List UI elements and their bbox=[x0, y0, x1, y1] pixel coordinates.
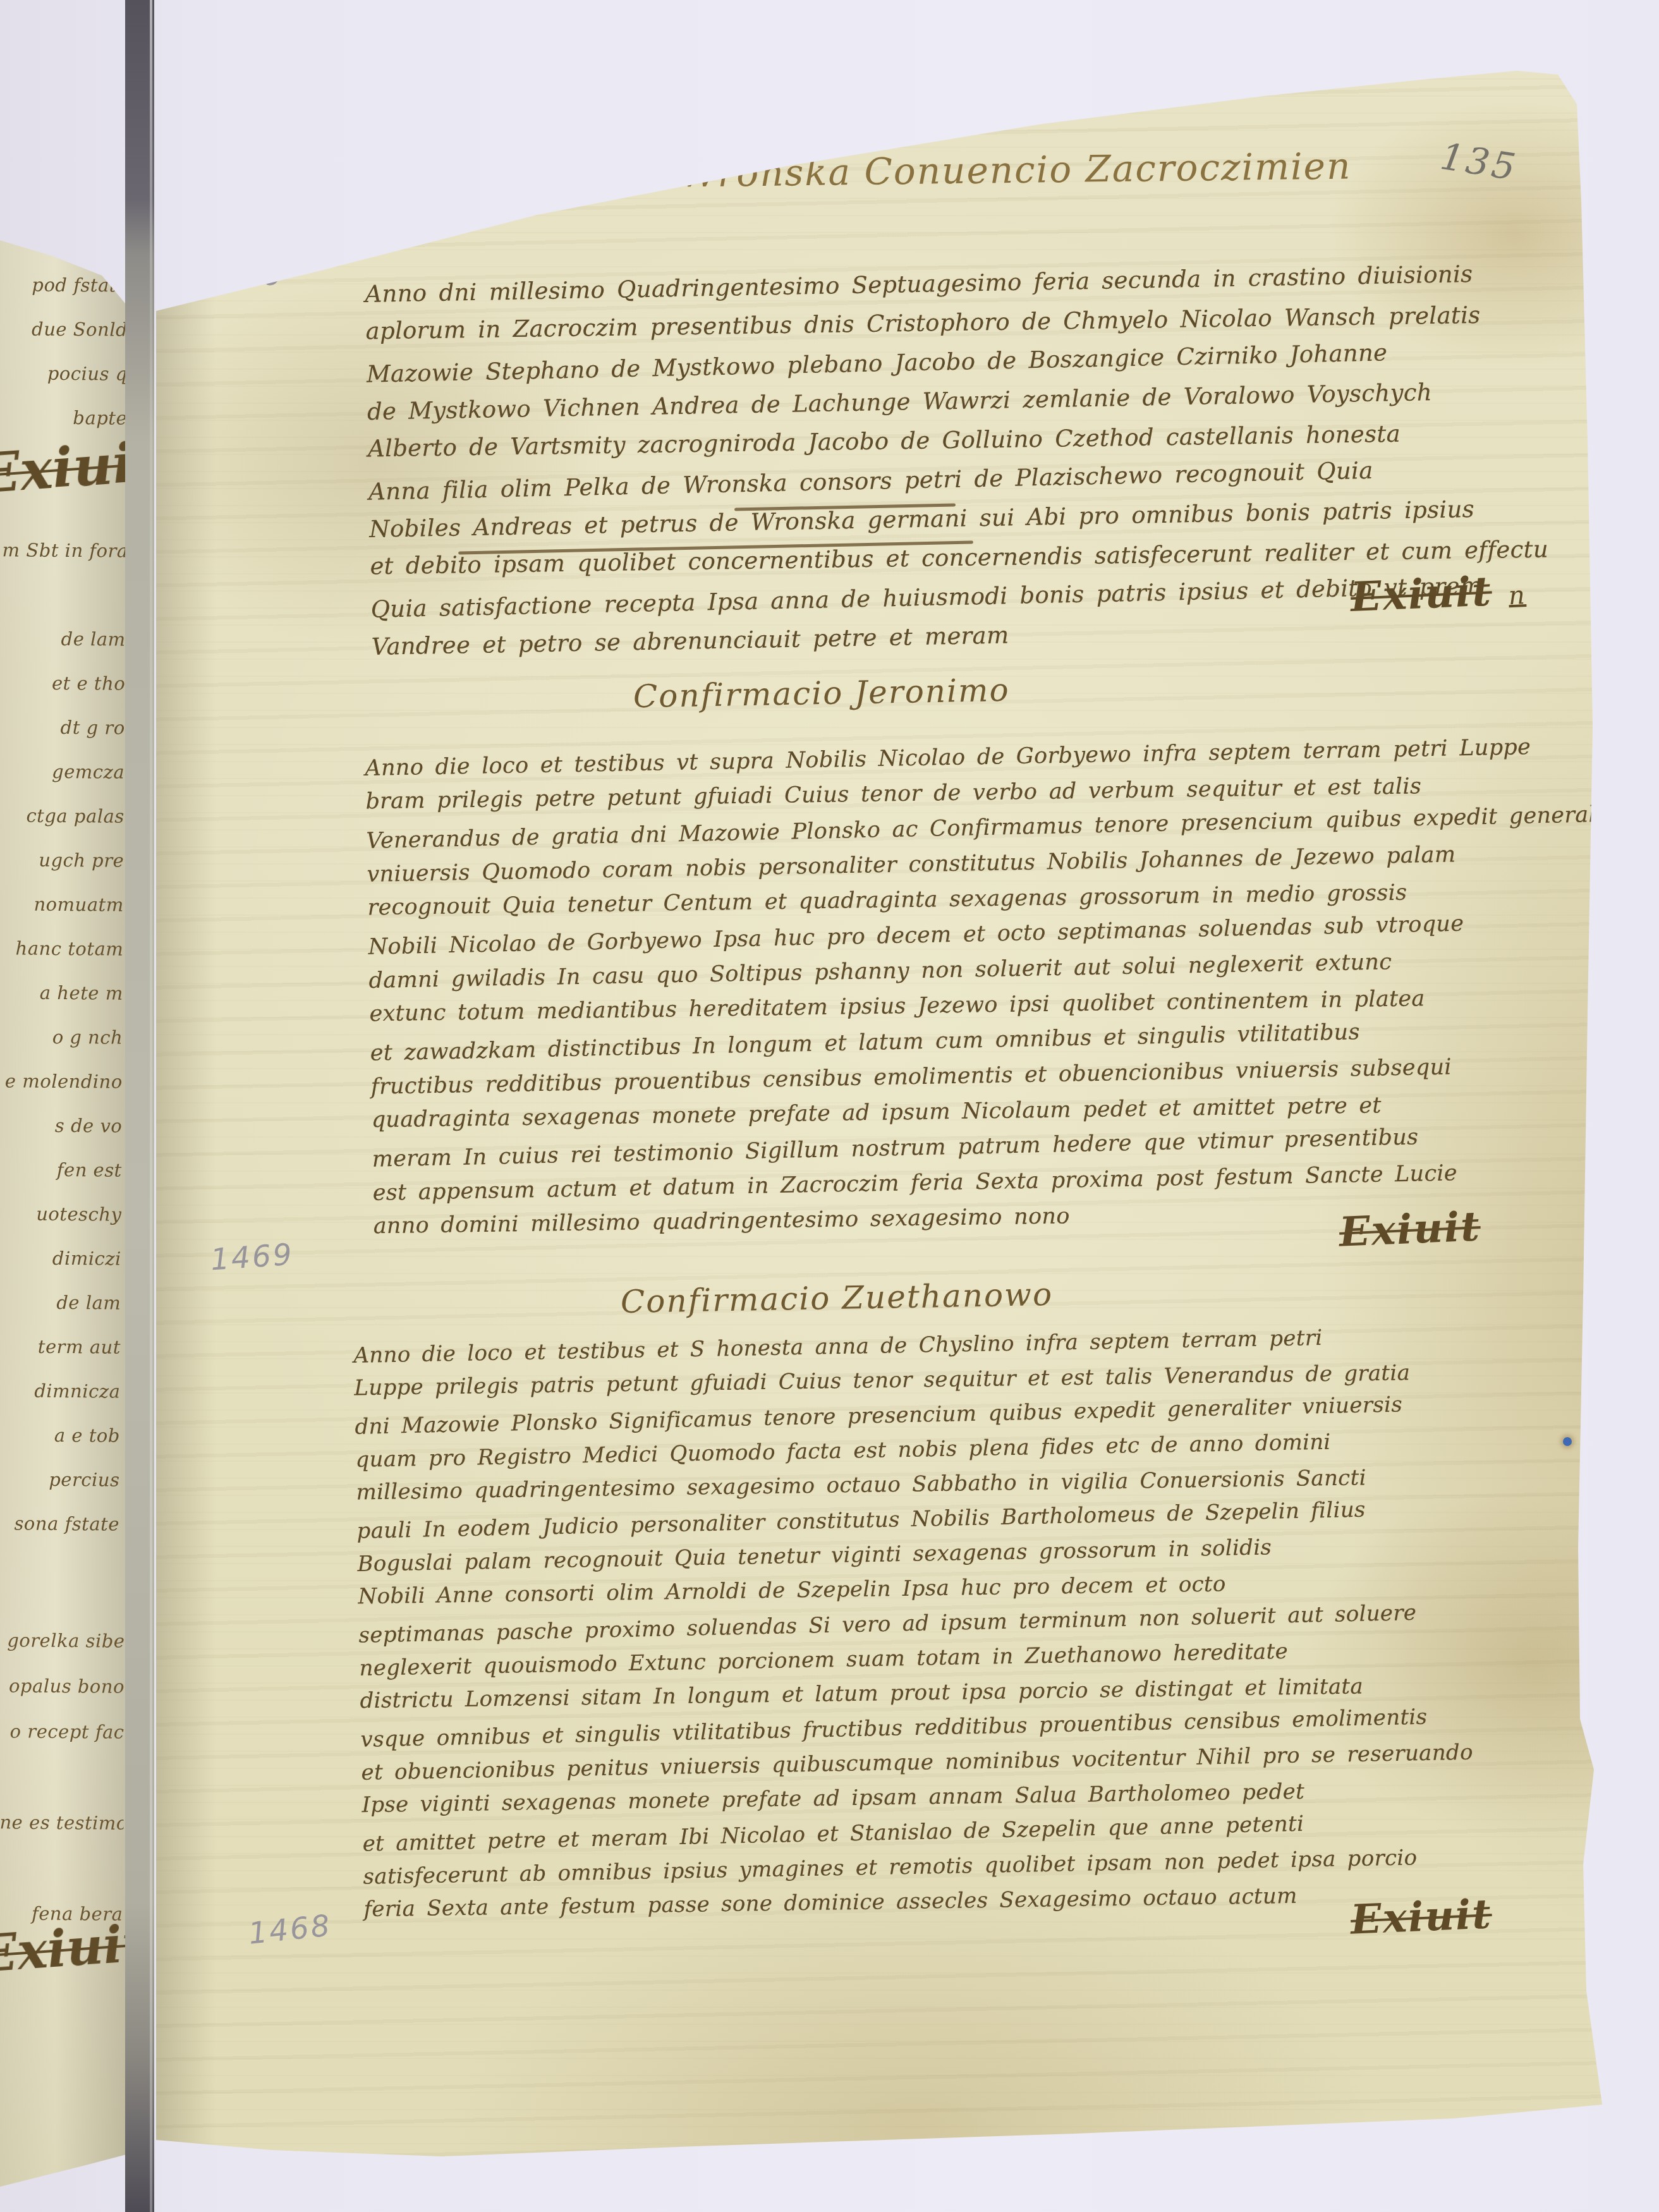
line-fragment: dimiczi bbox=[0, 1236, 121, 1280]
section-heading-zuethanowo: Confirmacio Zuethanowo bbox=[621, 1276, 1054, 1320]
line-fragment: et e tho bbox=[1, 660, 125, 705]
exiuit-mark: Exiuitn bbox=[1349, 566, 1526, 621]
line-fragment: nomuatm bbox=[0, 882, 124, 927]
line-fragment: de lam bbox=[1, 616, 125, 661]
line-fragment bbox=[2, 572, 126, 617]
line-fragment: o g nch bbox=[0, 1014, 123, 1059]
margin-year-1468: 1468 bbox=[246, 1908, 333, 1951]
line-fragment: s de vo bbox=[0, 1103, 123, 1148]
record-1469-text: Anno die loco et testibus vt supra Nobil… bbox=[365, 729, 1543, 1246]
line-fragment: a hete m bbox=[0, 970, 123, 1015]
line-fragment: de lam bbox=[0, 1280, 121, 1325]
line-fragment bbox=[0, 1845, 123, 1891]
manuscript-page: Abrenuncio Wronska Conuencio Zacroczimie… bbox=[156, 70, 1607, 2161]
margin-year-1469: 1469 bbox=[209, 1237, 295, 1277]
line-fragment: term aut bbox=[0, 1324, 121, 1369]
line-fragment: a e tob bbox=[0, 1413, 120, 1457]
folio-number: 135 bbox=[1437, 135, 1521, 189]
line-fragment: opalus bono bbox=[1, 1663, 125, 1709]
line-fragment: dimnicza bbox=[0, 1368, 121, 1413]
line-fragment: dt g ro bbox=[1, 705, 125, 750]
exiuit-mark: Exiuit bbox=[1349, 1890, 1493, 1944]
line-fragment: ugch pre bbox=[0, 837, 124, 882]
line-fragment: oßilis bbox=[4, 218, 128, 263]
line-fragment: pod fstate bbox=[4, 262, 128, 307]
line-fragment: due Sonld bbox=[4, 307, 128, 351]
exiuit-suffix: n bbox=[1508, 581, 1527, 611]
line-fragment: ne es testimo bbox=[0, 1799, 124, 1845]
line-fragment: e molendino bbox=[0, 1059, 123, 1103]
margin-year-1470: 1470 bbox=[187, 251, 288, 303]
line-fragment: m Sbt in fora bbox=[2, 528, 126, 573]
line-fragment: gemcza bbox=[1, 749, 125, 794]
line-fragment: percius bbox=[0, 1457, 120, 1502]
exiuit-mark: Exiuit bbox=[1338, 1203, 1481, 1256]
line-fragment: uoteschy bbox=[0, 1191, 122, 1236]
line-fragment: hanc totam bbox=[0, 926, 124, 971]
book-cradle-bar bbox=[125, 0, 154, 2212]
line-fragment: gorelka sibe bbox=[1, 1617, 125, 1663]
line-fragment: pocius q bbox=[3, 351, 127, 396]
blue-ink-dot bbox=[1563, 1437, 1572, 1446]
section-heading-jeronimo: Confirmacio Jeronimo bbox=[633, 672, 1010, 715]
page-title: Abrenuncio Wronska Conuencio Zacroczimie… bbox=[441, 145, 1275, 198]
record-1468-text: Anno die loco et testibus et S honesta a… bbox=[353, 1317, 1540, 1929]
line-fragment: fen est bbox=[0, 1147, 122, 1192]
manuscript-scan-scene: oßilispod fstatedue Sonldpocius qbapte m… bbox=[0, 0, 1659, 2212]
line-fragment bbox=[0, 1754, 124, 1800]
line-fragment: o recept fac bbox=[0, 1708, 124, 1754]
line-fragment: sona fstate bbox=[0, 1501, 119, 1546]
previous-page-line-fragments-lower: gorelka sibeopalus bonoo recept fac ne e… bbox=[0, 1617, 125, 1936]
previous-page-line-fragments: oßilispod fstatedue Sonldpocius qbapte m… bbox=[0, 218, 128, 1546]
previous-page-edge: oßilispod fstatedue Sonldpocius qbapte m… bbox=[0, 233, 138, 2187]
line-fragment: ctga palas bbox=[0, 793, 124, 838]
